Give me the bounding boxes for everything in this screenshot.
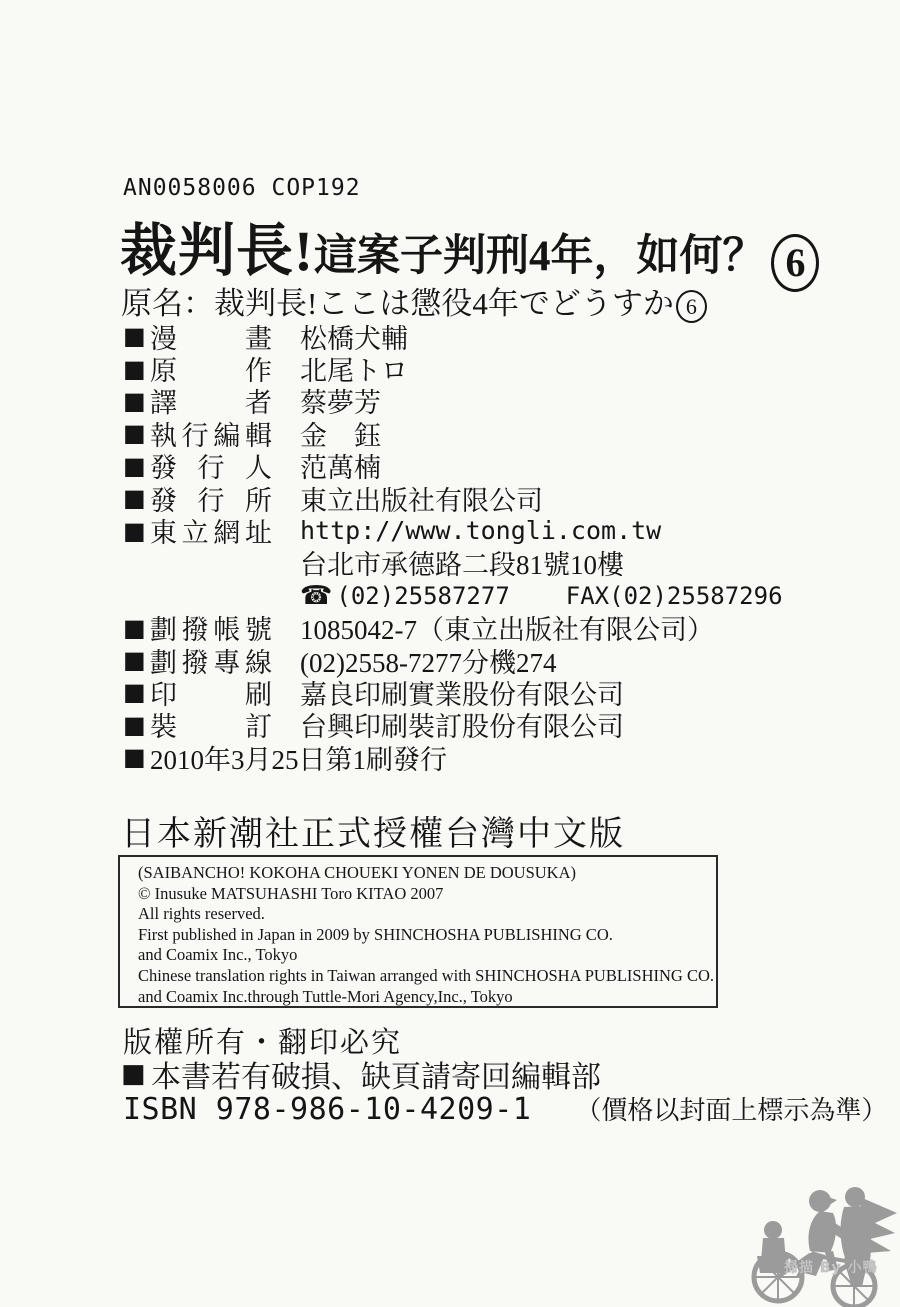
credit-row-postal-hotline: ■ 劃撥專線 (02)2558-7277分機274 xyxy=(123,644,803,676)
scan-watermark: 掃描 By 小鴨 xyxy=(740,1159,900,1307)
copyright-holders: © Inusuke MATSUHASHI Toro KITAO 2007 xyxy=(138,884,706,905)
book-title-main: 裁判長! xyxy=(120,220,314,283)
publisher-address: 台北市承德路二段81號10樓 xyxy=(300,543,624,582)
credit-row-manga: ■ 漫畫 松橋犬輔 xyxy=(123,320,803,352)
credit-row-original-author: ■ 原作 北尾トロ xyxy=(123,352,803,384)
bullet-square-icon: ■ xyxy=(123,519,150,543)
bullet-square-icon: ■ xyxy=(123,486,150,510)
bullet-square-icon: ■ xyxy=(123,680,150,704)
credit-label: 東立網址 xyxy=(150,511,272,550)
fax-number: FAX(02)25587296 xyxy=(566,582,783,610)
product-code: AN0058006 COP192 xyxy=(123,175,361,201)
credit-row-publisher-person: ■ 發行人 范萬楠 xyxy=(123,450,803,482)
agency-line: and Coamix Inc.through Tuttle-Mori Agenc… xyxy=(138,987,706,1008)
bullet-square-icon: ■ xyxy=(123,648,150,672)
credit-row-binder: ■ 裝訂 台興印刷裝訂股份有限公司 xyxy=(123,709,803,741)
bullet-square-icon: ■ xyxy=(123,324,150,348)
first-published-line: First published in Japan in 2009 by SHIN… xyxy=(138,925,706,946)
volume-badge: 6 xyxy=(771,234,819,292)
bullet-square-icon: ■ xyxy=(123,745,150,769)
telephone-icon: ☎ xyxy=(300,581,332,611)
copyright-box: (SAIBANCHO! KOKOHA CHOUEKI YONEN DE DOUS… xyxy=(118,855,718,1008)
credit-row-executive-editor: ■ 執行編輯 金 鈺 xyxy=(123,417,803,449)
credit-row-phone: ■ ☎(02)25587277FAX(02)25587296 xyxy=(123,579,803,611)
first-printing-row: ■ 2010年3月25日第1刷發行 xyxy=(123,741,803,773)
bullet-square-icon: ■ xyxy=(121,1061,151,1087)
credits-list: ■ 漫畫 松橋犬輔 ■ 原作 北尾トロ ■ 譯者 蔡夢芳 ■ 執行編輯 金 鈺 … xyxy=(123,320,803,773)
original-volume-badge: 6 xyxy=(676,290,707,323)
credit-row-publishing-house: ■ 發行所 東立出版社有限公司 xyxy=(123,482,803,514)
credit-row-website: ■ 東立網址 http://www.tongli.com.tw xyxy=(123,514,803,546)
phone-number: (02)25587277 xyxy=(336,582,509,610)
credit-row-translator: ■ 譯者 蔡夢芳 xyxy=(123,385,803,417)
credit-row-address: ■ 台北市承德路二段81號10樓 xyxy=(123,547,803,579)
watermark-text: 掃描 By 小鴨 xyxy=(784,1257,878,1277)
credit-row-postal-account: ■ 劃撥帳號 1085042-7（東立出版社有限公司） xyxy=(123,612,803,644)
coamix-line: and Coamix Inc., Tokyo xyxy=(138,945,706,966)
price-note: （價格以封面上標示為準） xyxy=(575,1096,887,1125)
romaji-title: (SAIBANCHO! KOKOHA CHOUEKI YONEN DE DOUS… xyxy=(138,863,706,884)
license-heading: 日本新潮社正式授權台灣中文版 xyxy=(121,806,625,855)
credit-row-printer: ■ 印刷 嘉良印刷實業股份有限公司 xyxy=(123,676,803,708)
bullet-square-icon: ■ xyxy=(123,357,150,381)
translation-rights-line: Chinese translation rights in Taiwan arr… xyxy=(138,966,706,987)
credit-value: 東立出版社有限公司 xyxy=(300,479,543,518)
publisher-url: http://www.tongli.com.tw xyxy=(300,516,661,545)
book-title-subtitle: 這案子判刑4年，如何？ xyxy=(314,233,766,280)
phone-fax-line: ☎(02)25587277FAX(02)25587296 xyxy=(300,580,783,611)
first-printing-date: 2010年3月25日第1刷發行 xyxy=(150,738,447,777)
isbn-number: ISBN 978-986-10-4209-1 xyxy=(123,1092,531,1127)
bullet-square-icon: ■ xyxy=(123,389,150,413)
bullet-square-icon: ■ xyxy=(123,421,150,445)
isbn-line: ISBN 978-986-10-4209-1（價格以封面上標示為準） xyxy=(123,1090,887,1127)
bullet-square-icon: ■ xyxy=(123,616,150,640)
bicycle-riders-silhouette-icon xyxy=(740,1159,900,1307)
rights-reserved: All rights reserved. xyxy=(138,904,706,925)
bullet-square-icon: ■ xyxy=(123,713,150,737)
bullet-square-icon: ■ xyxy=(123,454,150,478)
